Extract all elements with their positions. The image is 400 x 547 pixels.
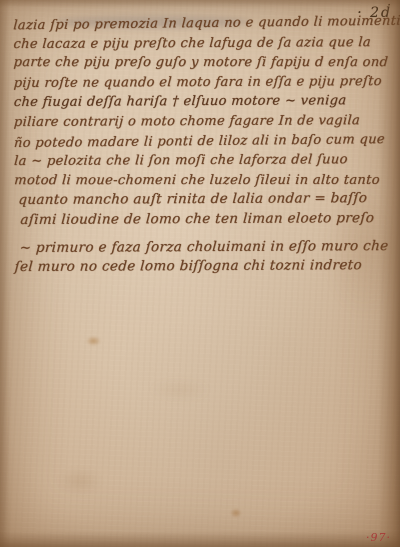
manuscript-line: ſel muro no cede lomo biſſogna chi tozni… — [14, 256, 393, 278]
photo-edge-left — [0, 0, 10, 547]
paper-stain — [58, 468, 102, 494]
manuscript-line: piliare contrarij o moto chome fagare In… — [13, 111, 392, 133]
manuscript-line: che lacaza e piju preſto che lafuga de ſ… — [13, 33, 392, 55]
catalog-number: ·97· — [366, 531, 391, 544]
manuscript-line: la ~ pelozita che li ſon moſi che laforz… — [13, 150, 392, 172]
photo-edge-bottom — [0, 531, 400, 547]
manuscript-line: lazia ſpi po premozia In laqua no e quan… — [13, 12, 392, 36]
manuscript-line: piju roſte ne quando el moto fara in eſſ… — [13, 72, 392, 94]
manuscript-line: motod li moue-chomeni che luzelo ſileui … — [14, 171, 393, 191]
manuscript-page: · 2ḋ lazia ſpi po premozia In laqua no e… — [0, 0, 400, 547]
manuscript-text-block: lazia ſpi po premozia In laqua no e quan… — [13, 13, 392, 278]
manuscript-line: ~ primuro e faza ſorza choluimani in eſſ… — [19, 237, 393, 259]
manuscript-line: che fiugai deſſa hariſa † elſuuo motore … — [13, 91, 392, 113]
manuscript-line: quanto mancho auſt rinita de lalia ondar… — [18, 189, 393, 211]
paper-stain — [230, 508, 242, 518]
photo-edge-top — [0, 0, 400, 8]
manuscript-line: parte che piju preſo guſo y motore ſi fa… — [13, 53, 392, 73]
manuscript-line: aſimi lioudine de lomo che ten liman elo… — [20, 209, 393, 231]
paper-stain — [86, 336, 101, 346]
paper-stain — [150, 380, 210, 400]
